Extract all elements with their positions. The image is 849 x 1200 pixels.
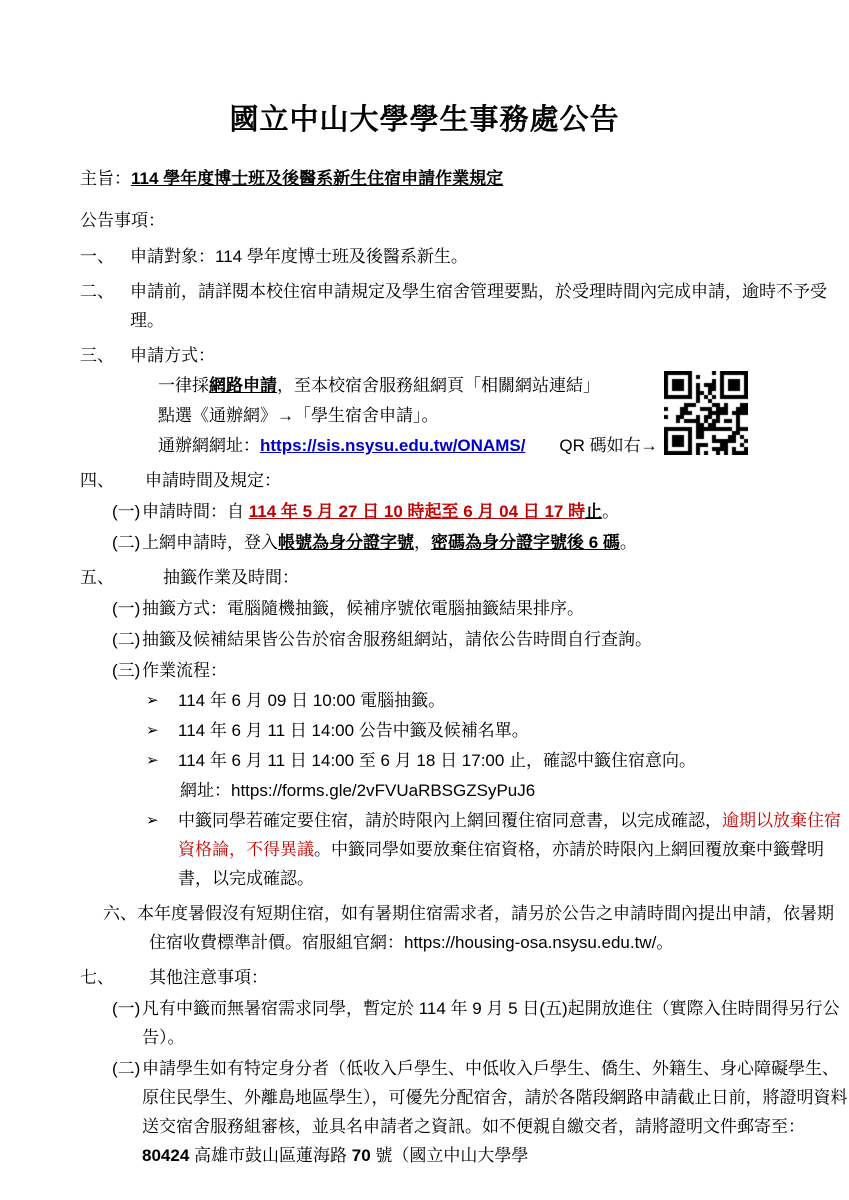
flow-step-1: ➢114 年 6 月 09 日 10:00 電腦抽籤。: [0, 686, 849, 715]
list-marker: 三、: [80, 341, 114, 370]
text-segment: QR 碼如右→: [525, 436, 657, 455]
text-segment: 申請前，請詳閱本校住宿申請規定及學生宿舍管理要點，於受理時間內完成申請，逾時不予…: [130, 282, 827, 330]
item-4-sub-1: (一)申請時間：自 114 年 5 月 27 日 10 時起至 6 月 04 日…: [0, 497, 849, 526]
text-segment: 作業流程：: [142, 661, 227, 680]
text-segment: 114 年 6 月 11 日 14:00 至 6 月 18 日 17:00 止，…: [178, 751, 696, 770]
text-segment: 高雄市鼓山區蓮海路: [189, 1146, 351, 1165]
text-segment: 止: [585, 502, 602, 521]
flow-step-4: ➢中籤同學若確定要住宿，請於時限內上網回覆住宿同意書，以完成確認，逾期以放棄住宿…: [0, 806, 849, 893]
list-marker: (二): [112, 1054, 140, 1083]
text-segment: 通辦網網址：: [158, 436, 260, 455]
text-segment: 114 年 6 月 11 日 14:00 公告中籤及候補名單。: [178, 721, 529, 740]
item-7-sub-1: (一)凡有中籤而無暑宿需求同學，暫定於 114 年 9 月 5 日(五)起開放進…: [0, 994, 849, 1052]
item-7-sub-2: (二)申請學生如有特定身分者（低收入戶學生、中低收入戶學生、僑生、外籍生、身心障…: [0, 1054, 849, 1170]
text-segment: 號（國立中山大學學: [371, 1146, 529, 1165]
text-segment: 上網申請時，登入: [142, 533, 278, 552]
text-segment: 申請學生如有特定身分者（低收入戶學生、中低收入戶學生、僑生、外籍生、身心障礙學生…: [142, 1059, 848, 1136]
text-segment: 申請時間：自: [142, 502, 249, 521]
text-segment: 抽籤及候補結果皆公告於宿舍服務組網站，請依公告時間自行查詢。: [142, 630, 652, 649]
page: 國立中山大學學生事務處公告 主旨：114 學年度博士班及後醫系新生住宿申請作業規…: [0, 0, 849, 1200]
text-segment: 申請時間及規定：: [145, 471, 281, 490]
qr-code-canvas: [664, 371, 748, 455]
item-7: 七、其他注意事項：: [0, 963, 849, 992]
list-marker: (二): [112, 625, 140, 654]
text-segment: 帳號為身分證字號: [278, 533, 414, 552]
page-title: 國立中山大學學生事務處公告: [0, 0, 849, 140]
item-5-sub-2: (二)抽籤及候補結果皆公告於宿舍服務組網站，請依公告時間自行查詢。: [0, 625, 849, 654]
text-segment: 六、本年度暑假沒有短期住宿，如有暑期住宿需求者，請另於公告之申請時間內提出申請，…: [103, 904, 834, 952]
text-segment: 網路申請: [209, 376, 277, 395]
text-segment: 申請對象：114 學年度博士班及後醫系新生。: [130, 247, 468, 266]
text-segment: 抽籤作業及時間：: [163, 568, 299, 587]
intro-line: 公告事項：: [0, 206, 849, 236]
text-segment: 點選《通辦網》→「學生宿舍申請」。: [158, 406, 439, 425]
item-5: 五、抽籤作業及時間：: [0, 563, 849, 592]
item-5-sub-1: (一)抽籤方式：電腦隨機抽籤，候補序號依電腦抽籤結果排序。: [0, 594, 849, 623]
item-2: 二、申請前，請詳閱本校住宿申請規定及學生宿舍管理要點，於受理時間內完成申請，逾時…: [0, 277, 849, 335]
subject-text: 114 學年度博士班及後醫系新生住宿申請作業規定: [131, 169, 503, 188]
item-6: 六、本年度暑假沒有短期住宿，如有暑期住宿需求者，請另於公告之申請時間內提出申請，…: [0, 899, 849, 957]
list-marker: (三): [112, 656, 140, 685]
text-segment: ，至本校宿舍服務組網頁「相關網站連結」: [277, 376, 600, 395]
text-segment: 密碼為身分證字號後 6 碼: [431, 533, 620, 552]
item-1: 一、申請對象：114 學年度博士班及後醫系新生。: [0, 242, 849, 271]
text-segment: 一律採: [158, 376, 209, 395]
subject-line: 主旨：114 學年度博士班及後醫系新生住宿申請作業規定: [0, 164, 849, 194]
list-marker: ➢: [146, 746, 159, 775]
list-marker: (一): [112, 594, 140, 623]
flow-step-2: ➢114 年 6 月 11 日 14:00 公告中籤及候補名單。: [0, 716, 849, 745]
list-marker: 七、: [80, 963, 114, 992]
list-marker: 一、: [80, 242, 114, 271]
text-segment: ，: [414, 533, 431, 552]
list-marker: (二): [112, 528, 140, 557]
hyperlink[interactable]: https://sis.nsysu.edu.tw/ONAMS/: [260, 436, 525, 455]
list-marker: (一): [112, 994, 140, 1023]
subject-label: 主旨：: [80, 169, 131, 188]
text-segment: 其他注意事項：: [149, 968, 268, 987]
item-4-sub-2: (二)上網申請時，登入帳號為身分證字號，密碼為身分證字號後 6 碼。: [0, 528, 849, 557]
text-segment: 申請方式：: [130, 346, 215, 365]
qr-code-image: [664, 371, 748, 455]
text-segment: 。: [620, 533, 637, 552]
text-segment: 抽籤方式：電腦隨機抽籤，候補序號依電腦抽籤結果排序。: [142, 599, 584, 618]
list-marker: ➢: [146, 686, 159, 715]
text-segment: 網址：https://forms.gle/2vFVUaRBSGZSyPuJ6: [180, 781, 535, 800]
text-segment: 80424: [142, 1146, 189, 1165]
list-marker: 二、: [80, 277, 114, 306]
list-marker: 五、: [80, 563, 114, 592]
text-segment: 中籤同學若確定要住宿，請於時限內上網回覆住宿同意書，以完成確認，: [178, 811, 722, 830]
text-segment: 70: [352, 1146, 371, 1165]
list-marker: 四、: [80, 466, 114, 495]
text-segment: 。: [602, 502, 619, 521]
text-segment: 114 年 6 月 09 日 10:00 電腦抽籤。: [178, 691, 445, 710]
list-marker: ➢: [146, 716, 159, 745]
item-4: 四、申請時間及規定：: [0, 466, 849, 495]
text-segment: 凡有中籤而無暑宿需求同學，暫定於 114 年 9 月 5 日(五)起開放進住（實…: [142, 999, 840, 1047]
item-5-sub-3: (三)作業流程：: [0, 656, 849, 685]
text-segment: 114 年 5 月 27 日 10 時起至 6 月 04 日 17 時: [249, 502, 585, 521]
flow-step-3: ➢114 年 6 月 11 日 14:00 至 6 月 18 日 17:00 止…: [0, 746, 849, 775]
flow-step-3-url: 網址：https://forms.gle/2vFVUaRBSGZSyPuJ6: [0, 776, 849, 805]
list-marker: (一): [112, 497, 140, 526]
item-3: 三、申請方式：: [0, 341, 849, 370]
list-marker: ➢: [146, 806, 159, 835]
